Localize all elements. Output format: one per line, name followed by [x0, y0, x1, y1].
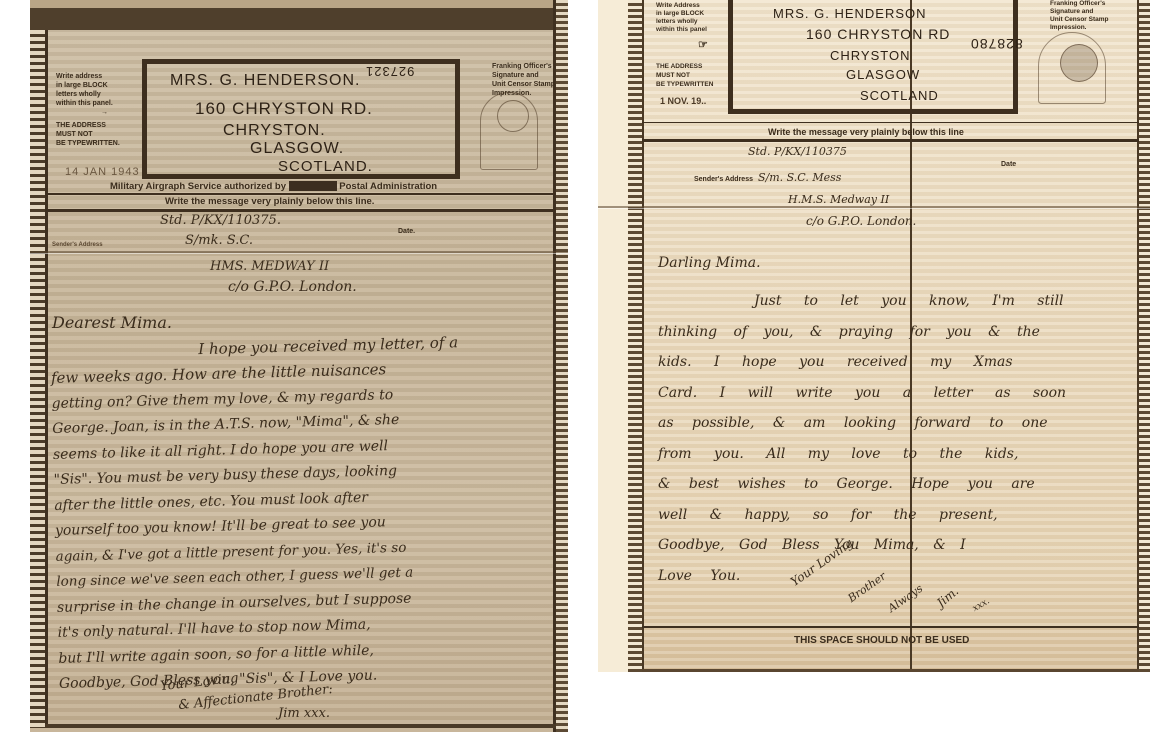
- senders-address-label: Sender's Address: [52, 242, 103, 248]
- censor-stamp-seal-icon: [497, 100, 529, 132]
- signature: Jim xxx.: [278, 706, 330, 721]
- postmark-date: 1 NOV. 19..: [660, 96, 706, 106]
- instruction-line: within this panel: [656, 26, 707, 34]
- instruction-line: within this panel.: [56, 99, 120, 108]
- right-border-ladder: [1137, 0, 1150, 672]
- salutation: Dearest Mima.: [52, 313, 172, 332]
- instruction-line: in large BLOCK: [56, 81, 120, 90]
- address-line-4: GLASGOW.: [250, 140, 344, 158]
- right-border-ladder: [553, 0, 568, 732]
- divider: [45, 193, 556, 195]
- franking-line: Signature and: [1050, 8, 1109, 16]
- instruction-line: letters wholly: [56, 90, 120, 99]
- body-line: as possible, & am looking forward to one: [658, 408, 1066, 439]
- body-line: well & happy, so for the present,: [658, 500, 1066, 531]
- instruction-line: BE TYPEWRITTEN.: [56, 139, 120, 148]
- postmark-date: 14 JAN 1943: [65, 166, 140, 178]
- date-label: Date.: [398, 228, 415, 235]
- pointing-hand-icon: ☞: [698, 38, 708, 51]
- address-line-3: CHRYSTON: [830, 48, 910, 63]
- airgraph-letter-left: Write address in large BLOCK letters who…: [30, 0, 568, 732]
- sender-line-4: c/o G.P.O. London.: [806, 214, 916, 228]
- address-line-1: MRS. G. HENDERSON.: [170, 72, 360, 90]
- header-dark-bar: [30, 8, 568, 30]
- sender-line-2: S/m. S.C. Mess: [758, 171, 841, 184]
- body-line: from you. All my love to the kids,: [658, 439, 1066, 470]
- write-instruction: Write the message very plainly below thi…: [165, 196, 374, 207]
- typewriter-warning: THE ADDRESS MUST NOT BE TYPEWRITTEN: [656, 62, 713, 89]
- body-line: Just to let you know, I'm still: [658, 286, 1066, 317]
- instruction-line: in large BLOCK: [656, 10, 707, 18]
- service-text: Postal Administration: [339, 181, 437, 192]
- date-label: Date: [1001, 161, 1016, 168]
- franking-line: Franking Officer's: [1050, 0, 1109, 8]
- instruction-line: Write Address: [656, 2, 707, 10]
- sender-line-3: H.M.S. Medway II: [788, 193, 889, 206]
- body-line: Goodbye, God Bless You Mima, & I: [658, 530, 1066, 561]
- instruction-line: MUST NOT: [56, 130, 120, 139]
- fold-crease: [30, 251, 568, 253]
- instruction-line: Write address: [56, 72, 120, 81]
- address-line-2: 160 CHRYSTON RD.: [195, 99, 373, 119]
- sender-line-3: HMS. MEDWAY II: [210, 259, 329, 274]
- address-line-5: SCOTLAND: [860, 88, 939, 103]
- divider: [642, 122, 1139, 123]
- write-instruction: Write the message very plainly below thi…: [768, 127, 964, 137]
- sender-line-4: c/o G.P.O. London.: [228, 279, 357, 295]
- body-line: thinking of you, & praying for you & the: [658, 317, 1066, 348]
- bottom-border: [642, 669, 1139, 672]
- body-line: kids. I hope you received my Xmas: [658, 347, 1066, 378]
- franking-line: Unit Censor Stamp: [492, 80, 555, 89]
- salutation: Darling Mima.: [658, 255, 761, 271]
- senders-address-label: Sender's Address: [694, 176, 753, 183]
- address-line-1: MRS. G. HENDERSON: [773, 6, 927, 21]
- address-line-2: 160 CHRYSTON RD: [806, 26, 950, 42]
- letter-body: I hope you received my letter, of a few …: [50, 329, 467, 697]
- letter-body: Just to let you know, I'm still thinking…: [658, 286, 1066, 591]
- censor-stamp-seal-icon: [1060, 44, 1098, 82]
- address-line-4: GLASGOW: [846, 67, 920, 82]
- left-border-ladder: [628, 0, 644, 672]
- serial-number: 927321: [365, 64, 414, 79]
- address-line-5: SCOTLAND.: [278, 158, 373, 175]
- sender-line-2: S/mk. S.C.: [185, 233, 253, 248]
- body-line: & best wishes to George. Hope you are: [658, 469, 1066, 500]
- arrow-icon: →: [56, 108, 120, 117]
- service-line: Military Airgraph Service authorized by …: [110, 181, 437, 192]
- instruction-line: BE TYPEWRITTEN: [656, 80, 713, 89]
- franking-line: Franking Officer's: [492, 62, 555, 71]
- paper-flap: [598, 0, 629, 672]
- instruction-line: MUST NOT: [656, 71, 713, 80]
- instruction-line: THE ADDRESS: [56, 121, 120, 130]
- franking-line: Signature and: [492, 71, 555, 80]
- address-line-3: CHRYSTON.: [223, 122, 326, 140]
- address-instructions: Write Address in large BLOCK letters who…: [656, 2, 707, 34]
- instruction-line: THE ADDRESS: [656, 62, 713, 71]
- divider: [642, 626, 1139, 628]
- fold-crease: [598, 206, 1150, 208]
- footer-notice: THIS SPACE SHOULD NOT BE USED: [794, 635, 969, 646]
- kisses: xxx.: [971, 596, 992, 614]
- airgraph-letter-right: Write Address in large BLOCK letters who…: [598, 0, 1150, 672]
- franking-label: Franking Officer's Signature and Unit Ce…: [1050, 0, 1109, 32]
- censored-block: [289, 181, 337, 191]
- divider: [642, 139, 1139, 142]
- bottom-border: [45, 724, 556, 728]
- divider: [45, 209, 556, 212]
- sender-line-1: Std. P/KX/110375.: [160, 213, 281, 228]
- service-text: Military Airgraph Service authorized by: [110, 181, 286, 192]
- body-line: Card. I will write you a letter as soon: [658, 378, 1066, 409]
- franking-line: Unit Censor Stamp: [1050, 16, 1109, 24]
- address-instructions: Write address in large BLOCK letters who…: [56, 72, 120, 148]
- franking-line: Impression.: [1050, 24, 1109, 32]
- left-border-ladder: [30, 30, 48, 728]
- instruction-line: letters wholly: [656, 18, 707, 26]
- top-band: [30, 0, 568, 8]
- serial-number: 828780: [970, 36, 1023, 52]
- sender-line-1: Std. P/KX/110375: [748, 145, 847, 158]
